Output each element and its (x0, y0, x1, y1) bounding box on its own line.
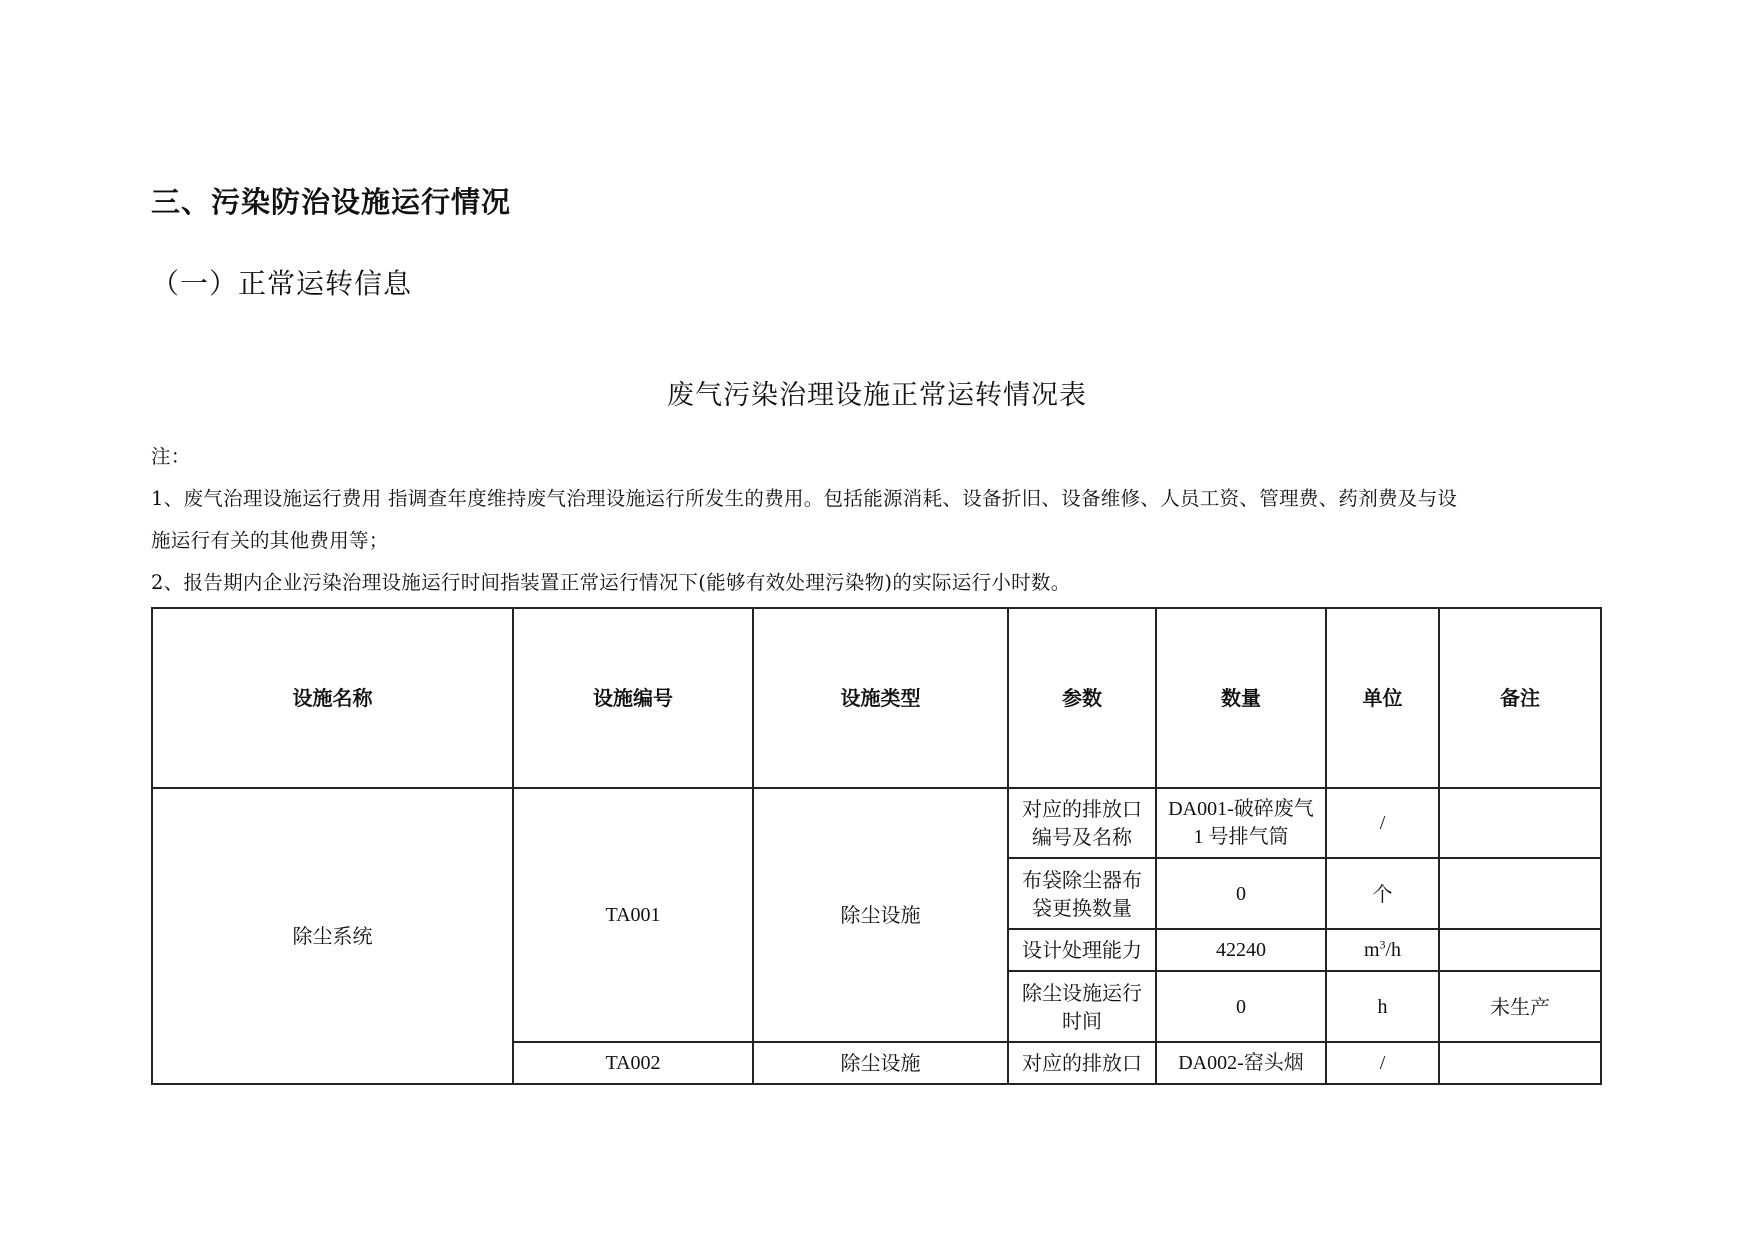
section-heading: 三、污染防治设施运行情况 (151, 180, 511, 221)
table-title: 废气污染治理设施正常运转情况表 (0, 373, 1754, 412)
note-line-1: 1、废气治理设施运行费用 指调查年度维持废气治理设施运行所发生的费用。包括能源消… (151, 483, 1457, 511)
facility-type-cell: 除尘设施 (753, 1042, 1008, 1084)
facility-code-cell: TA002 (513, 1042, 753, 1084)
quantity-cell: 0 (1156, 971, 1326, 1042)
parameter-cell: 对应的排放口 (1008, 1042, 1156, 1084)
remark-cell (1439, 929, 1601, 971)
facility-name-cell: 除尘系统 (152, 788, 513, 1084)
quantity-cell: DA001-破碎废气 1 号排气筒 (1156, 788, 1326, 858)
unit-cell: / (1326, 1042, 1439, 1084)
notes-label: 注： (151, 441, 191, 469)
header-unit: 单位 (1326, 608, 1439, 788)
quantity-cell: 42240 (1156, 929, 1326, 971)
parameter-cell: 布袋除尘器布袋更换数量 (1008, 858, 1156, 929)
header-quantity: 数量 (1156, 608, 1326, 788)
note-line-2: 2、报告期内企业污染治理设施运行时间指装置正常运行情况下(能够有效处理污染物)的… (151, 567, 1071, 595)
note-line-1-continued: 施运行有关的其他费用等； (151, 525, 389, 553)
facility-type-cell: 除尘设施 (753, 788, 1008, 1042)
parameter-cell: 除尘设施运行时间 (1008, 971, 1156, 1042)
remark-cell: 未生产 (1439, 971, 1601, 1042)
header-parameter: 参数 (1008, 608, 1156, 788)
remark-cell (1439, 858, 1601, 929)
unit-cell: h (1326, 971, 1439, 1042)
table-header-row: 设施名称 设施编号 设施类型 参数 数量 单位 备注 (152, 608, 1601, 788)
parameter-cell: 对应的排放口编号及名称 (1008, 788, 1156, 858)
unit-cell: / (1326, 788, 1439, 858)
header-facility-name: 设施名称 (152, 608, 513, 788)
unit-tail: /h (1386, 939, 1402, 961)
remark-cell (1439, 788, 1601, 858)
unit-base: m (1364, 939, 1380, 961)
table-row: 除尘系统 TA001 除尘设施 对应的排放口编号及名称 DA001-破碎废气 1… (152, 788, 1601, 858)
facility-code-cell: TA001 (513, 788, 753, 1042)
unit-cell: 个 (1326, 858, 1439, 929)
section-subheading: （一）正常运转信息 (151, 262, 412, 302)
parameter-cell: 设计处理能力 (1008, 929, 1156, 971)
quantity-cell: DA002-窑头烟 (1156, 1042, 1326, 1084)
header-facility-type: 设施类型 (753, 608, 1008, 788)
header-remark: 备注 (1439, 608, 1601, 788)
quantity-cell: 0 (1156, 858, 1326, 929)
header-facility-code: 设施编号 (513, 608, 753, 788)
unit-cell: m3/h (1326, 929, 1439, 971)
remark-cell (1439, 1042, 1601, 1084)
waste-gas-facility-table: 设施名称 设施编号 设施类型 参数 数量 单位 备注 除尘系统 TA001 除尘… (151, 607, 1602, 1085)
